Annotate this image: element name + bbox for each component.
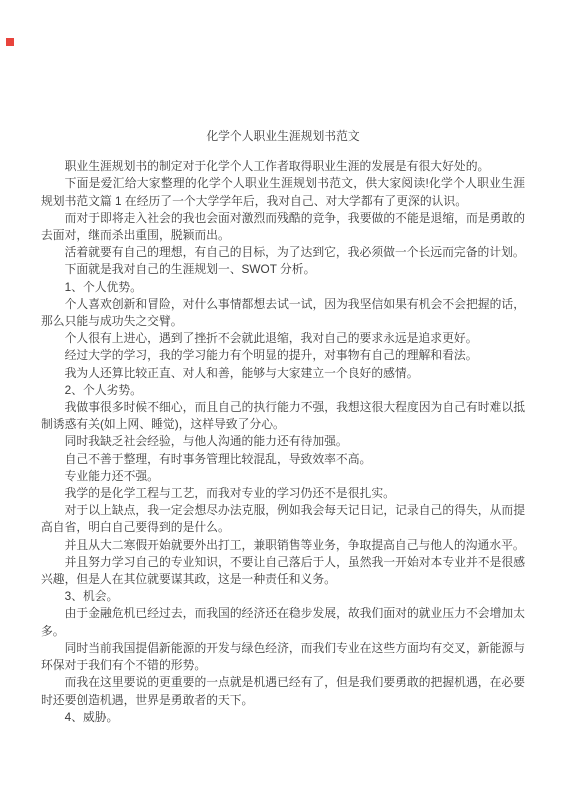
document-content: 化学个人职业生涯规划书范文 职业生涯规划书的制定对于化学个人工作者取得职业生涯的…	[41, 128, 525, 726]
red-click-marker	[6, 38, 14, 46]
paragraph: 同时当前我国提倡新能源的开发与绿色经济，而我们专业在这些方面均有交叉，新能源与环…	[41, 640, 525, 674]
document-title: 化学个人职业生涯规划书范文	[41, 128, 525, 145]
document-page: 化学个人职业生涯规划书范文 职业生涯规划书的制定对于化学个人工作者取得职业生涯的…	[0, 0, 566, 800]
paragraph: 个人很有上进心，遇到了挫折不会就此退缩，我对自己的要求永远是追求更好。	[41, 330, 525, 347]
paragraph: 经过大学的学习，我的学习能力有个明显的提升，对事物有自己的理解和看法。	[41, 347, 525, 364]
paragraph: 1、个人优势。	[41, 279, 525, 296]
paragraph: 个人喜欢创新和冒险，对什么事情都想去试一试，因为我坚信如果有机会不会把握的话，那…	[41, 296, 525, 330]
paragraph: 由于金融危机已经过去，而我国的经济还在稳步发展，故我们面对的就业压力不会增加太多…	[41, 605, 525, 639]
paragraph: 我为人还算比较正直、对人和善，能够与大家建立一个良好的感情。	[41, 365, 525, 382]
paragraph: 对于以上缺点，我一定会想尽办法克服，例如我会每天记日记，记录自己的得失，从而提高…	[41, 502, 525, 536]
paragraph: 活着就要有自己的理想，有自己的目标，为了达到它，我必须做一个长远而完备的计划。	[41, 244, 525, 261]
paragraph: 4、威胁。	[41, 709, 525, 726]
paragraph: 专业能力还不强。	[41, 468, 525, 485]
paragraph: 2、个人劣势。	[41, 382, 525, 399]
paragraph: 下面是爱汇给大家整理的化学个人职业生涯规划书范文，供大家阅读!化学个人职业生涯规…	[41, 175, 525, 209]
paragraph: 而我在这里要说的更重要的一点就是机遇已经有了，但是我们要勇敢的把握机遇，在必要时…	[41, 674, 525, 708]
paragraph: 我学的是化学工程与工艺，而我对专业的学习仍还不是很扎实。	[41, 485, 525, 502]
document-body: 职业生涯规划书的制定对于化学个人工作者取得职业生涯的发展是有很大好处的。下面是爱…	[41, 158, 525, 726]
paragraph: 我做事很多时候不细心，而且自己的执行能力不强，我想这很大程度因为自己有时难以抵制…	[41, 399, 525, 433]
paragraph: 同时我缺乏社会经验，与他人沟通的能力还有待加强。	[41, 433, 525, 450]
paragraph: 并且从大二寒假开始就要外出打工，兼职销售等业务，争取提高自己与他人的沟通水平。	[41, 537, 525, 554]
paragraph: 自己不善于整理，有时事务管理比较混乱，导致效率不高。	[41, 451, 525, 468]
paragraph: 职业生涯规划书的制定对于化学个人工作者取得职业生涯的发展是有很大好处的。	[41, 158, 525, 175]
paragraph: 而对于即将走入社会的我也会面对激烈而残酷的竞争，我要做的不能是退缩，而是勇敢的去…	[41, 210, 525, 244]
paragraph: 3、机会。	[41, 588, 525, 605]
paragraph: 下面就是我对自己的生涯规划一、SWOT 分析。	[41, 261, 525, 278]
paragraph: 并且努力学习自己的专业知识，不要让自己落后于人，虽然我一开始对本专业并不是很感兴…	[41, 554, 525, 588]
